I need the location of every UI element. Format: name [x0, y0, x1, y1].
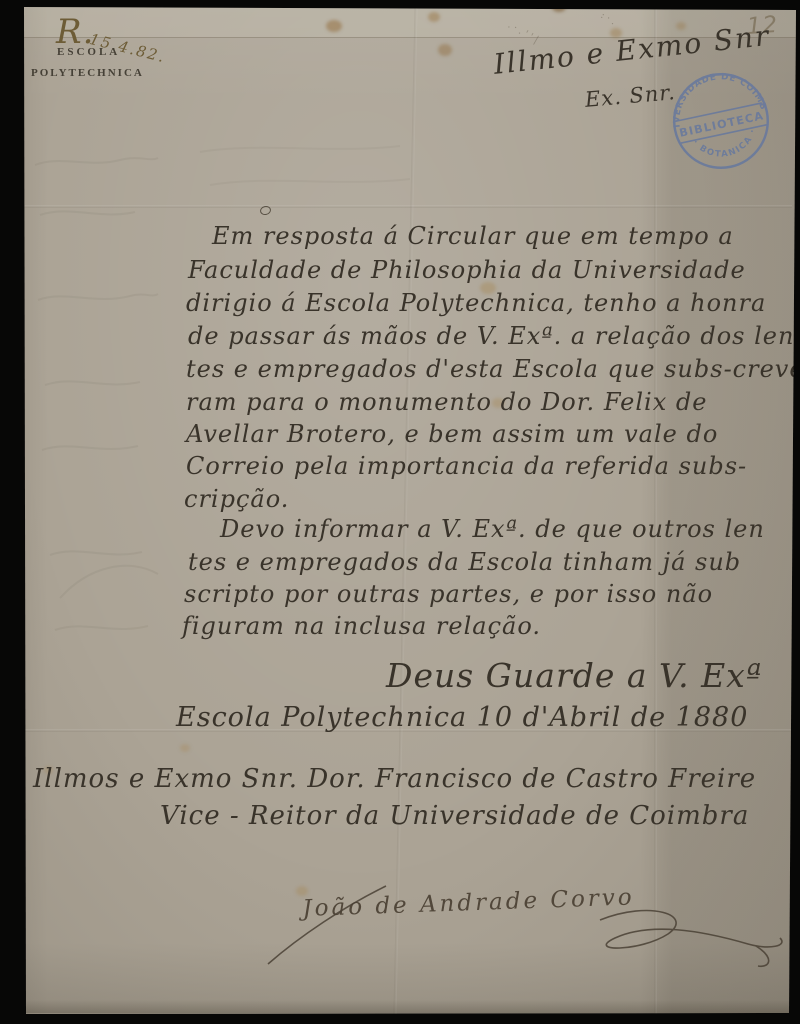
letter-line: Faculdade de Philosophia da Universidade [188, 256, 746, 284]
letter-line: figuram na inclusa relação. [182, 612, 541, 640]
letter-line: tes e empregados d'esta Escola que subs-… [186, 355, 800, 383]
stain [428, 12, 440, 22]
library-stamp: UNIVERSIDADE DE COIMBRA BIBLIOTECA · BOT… [649, 49, 794, 194]
fold-crease [24, 205, 792, 208]
ink-flourish-mark [259, 205, 272, 216]
stain [438, 44, 452, 56]
fold-crease [654, 7, 657, 1014]
letterhead-line1: ESCOLA [57, 46, 120, 58]
letter-line: Em resposta á Circular que em tempo a [212, 222, 734, 250]
fold-crease [393, 7, 417, 1014]
letter-scan: R. 15.4.82. ESCOLA POLYTECHNICA 12 .·.''… [0, 0, 800, 1024]
letter-line: dirigio á Escola Polytechnica, tenho a h… [186, 289, 766, 317]
stain [296, 886, 308, 896]
addressee-line1: Illmos e Exmo Snr. Dor. Francisco de Cas… [33, 764, 756, 794]
letter-line: ram para o monumento do Dor. Felix de [186, 388, 707, 416]
stain [552, 2, 566, 12]
addressee-line2: Vice - Reitor da Universidade de Coimbra [160, 801, 749, 831]
letter-line: Avellar Brotero, e bem assim um vale do [186, 420, 718, 448]
paper-edge-shadow [24, 1000, 792, 1013]
paper-sheet: R. 15.4.82. ESCOLA POLYTECHNICA 12 .·.''… [0, 0, 800, 1024]
letter-line: cripção. [184, 485, 289, 513]
dateline: Escola Polytechnica 10 d'Abril de 1880 [176, 702, 748, 733]
signature: João de Andrade Corvo [302, 884, 635, 922]
letter-line: tes e empregados da Escola tinham já sub [188, 548, 741, 576]
letter-line: de passar ás mãos de V. Exª. a relação d… [188, 322, 794, 350]
letter-line: Devo informar a V. Exª. de que outros le… [220, 515, 765, 543]
stain [326, 20, 342, 32]
letterhead-line2: POLYTECHNICA [31, 67, 144, 79]
stain [180, 744, 190, 752]
letter-line: Correio pela importancia da referida sub… [186, 452, 747, 480]
letter-line: scripto por outras partes, e por isso nã… [184, 580, 713, 608]
valediction: Deus Guarde a V. Exª [386, 656, 762, 695]
